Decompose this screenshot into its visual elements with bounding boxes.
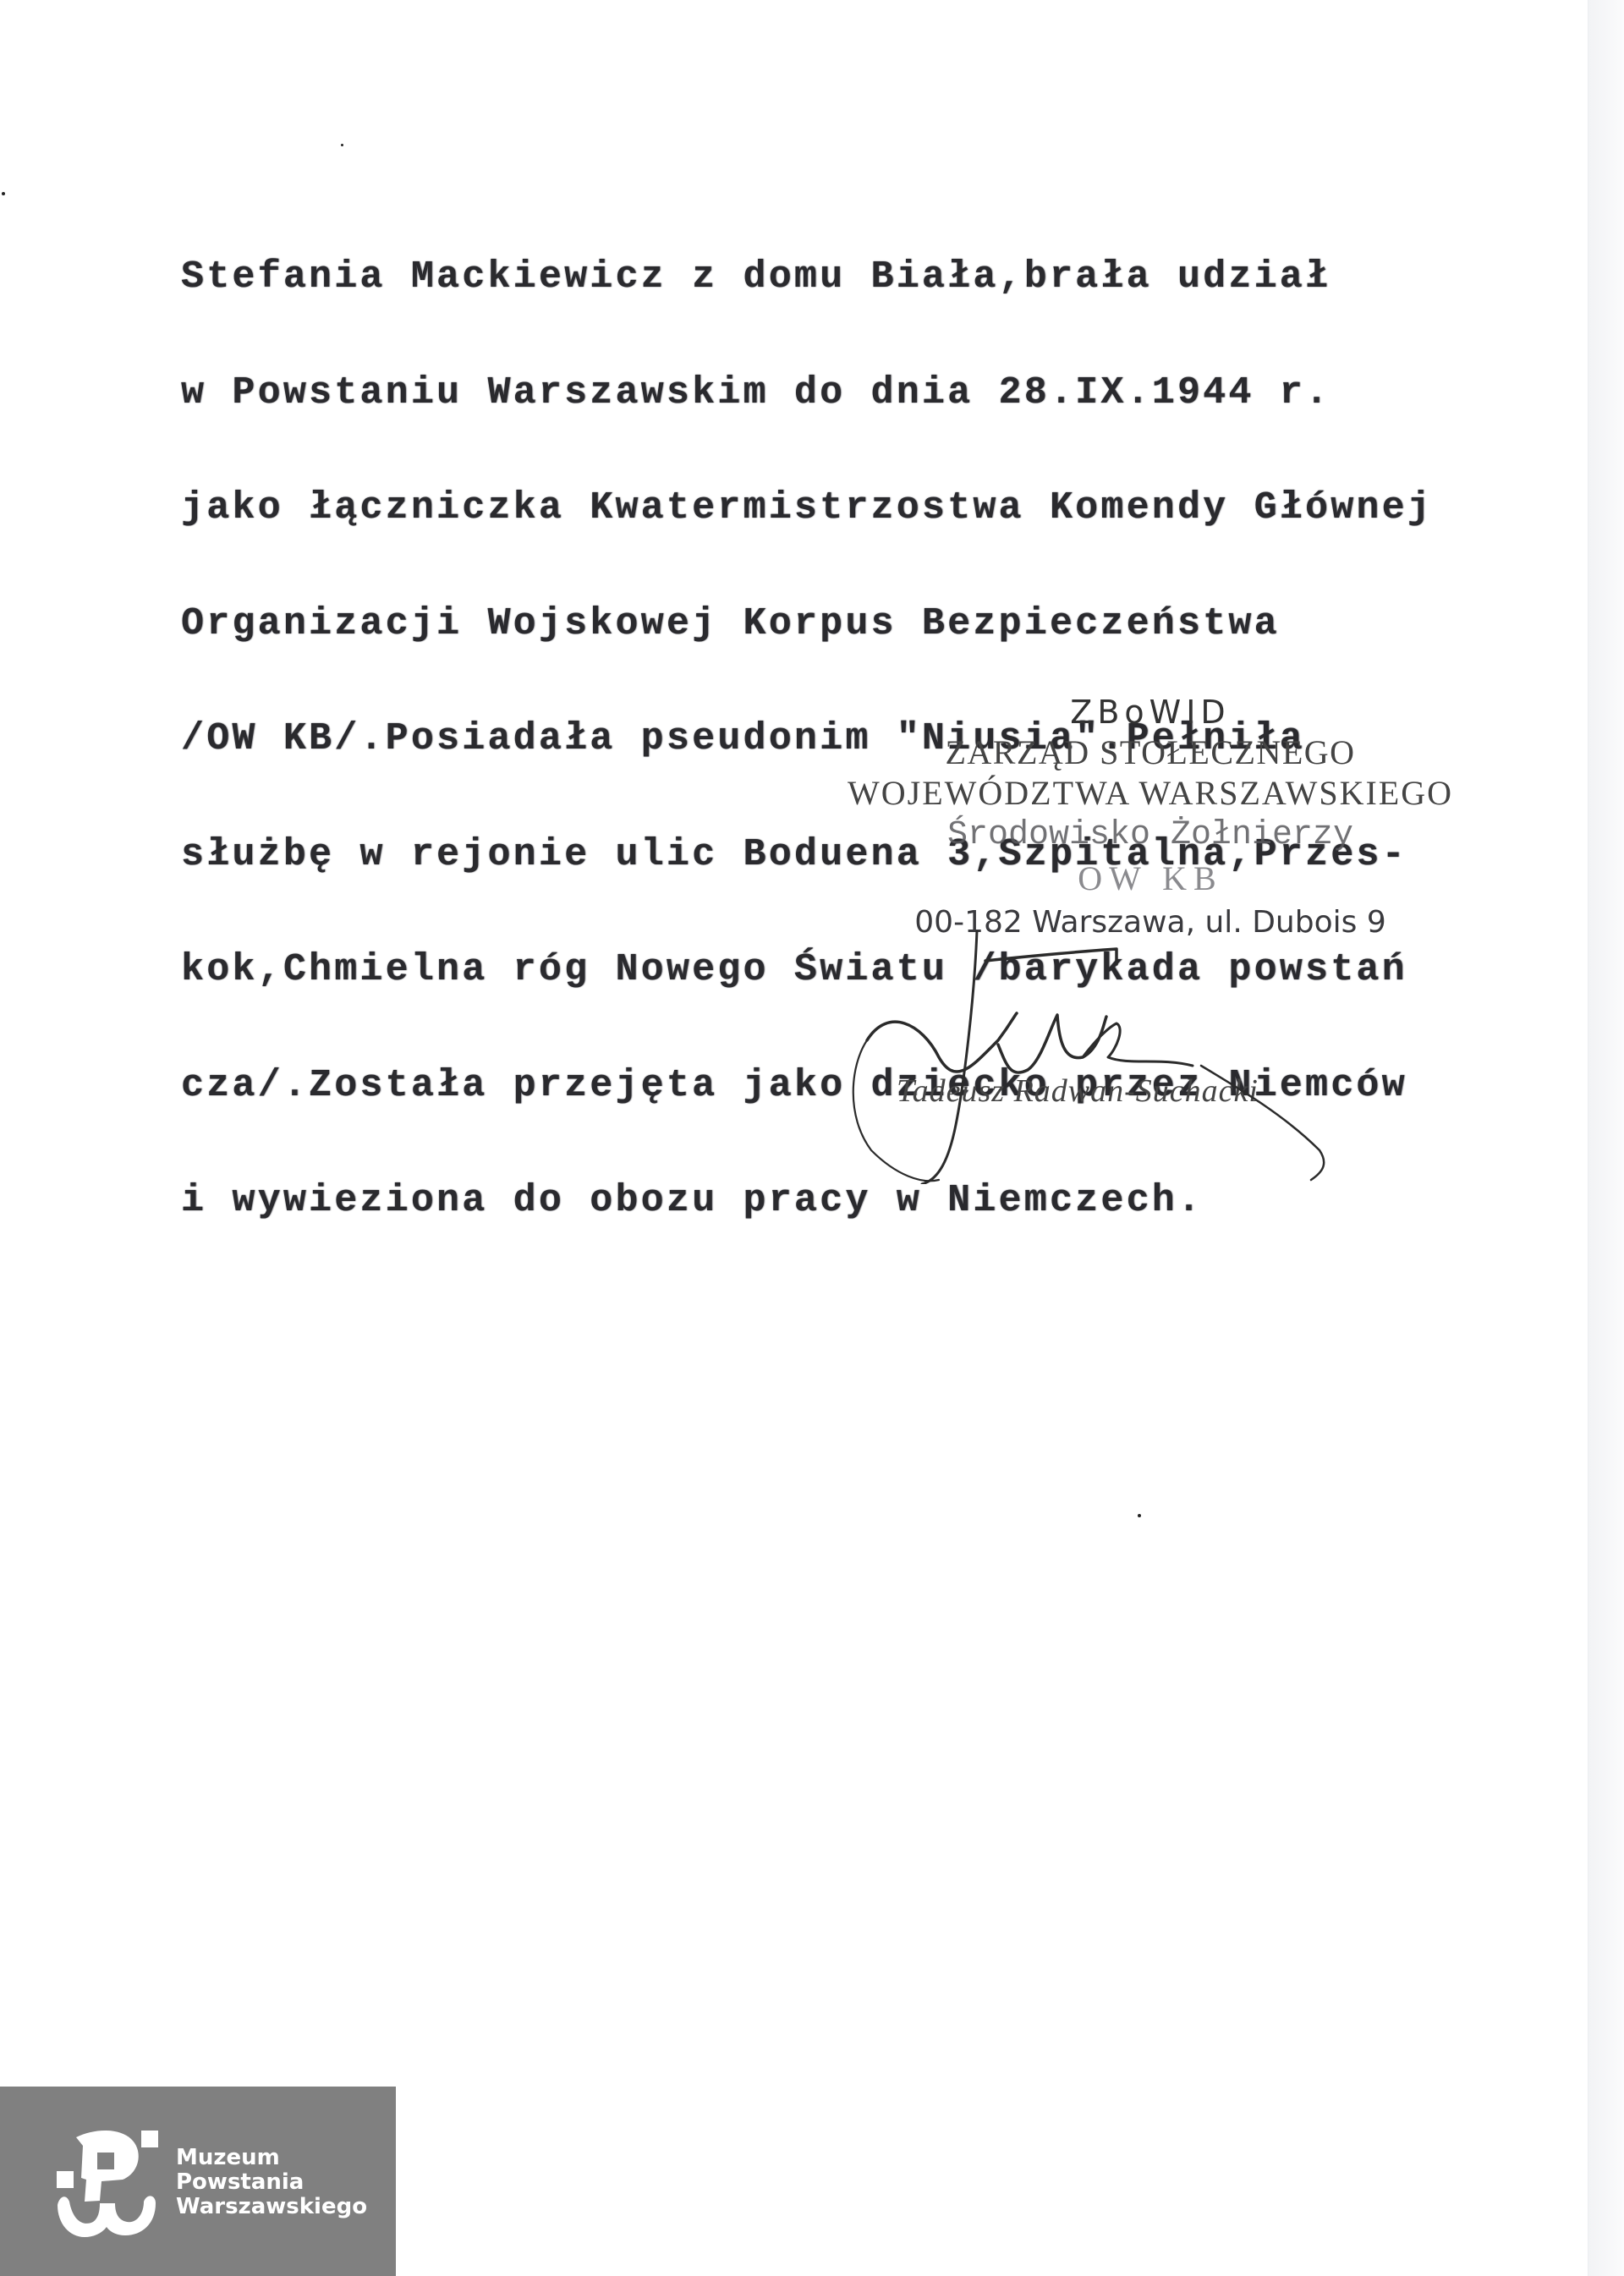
scan-speck xyxy=(341,144,343,146)
stamp-board: ZARZĄD STOŁECZNEGO xyxy=(795,732,1506,773)
stamp-environment: Środowisko Żołnierzy xyxy=(795,814,1506,858)
page-edge-shadow xyxy=(1588,0,1624,2276)
statement-line: i wywieziona do obozu pracy w Niemczech. xyxy=(181,1182,1568,1220)
stamp-organization: ZBoWID xyxy=(795,692,1506,732)
anchor-emblem-icon xyxy=(51,2120,161,2239)
scan-speck xyxy=(1138,1514,1141,1517)
museum-name-line: Powstania xyxy=(176,2170,367,2195)
museum-logo: Muzeum Powstania Warszawskiego xyxy=(0,2087,396,2276)
museum-name: Muzeum Powstania Warszawskiego xyxy=(176,2146,367,2219)
statement-line: jako łączniczka Kwatermistrzostwa Komend… xyxy=(181,489,1568,528)
official-stamp: ZBoWID ZARZĄD STOŁECZNEGO WOJEWÓDZTWA WA… xyxy=(795,692,1506,946)
museum-name-line: Muzeum xyxy=(176,2146,367,2170)
scan-speck xyxy=(2,192,5,195)
handwritten-signature-icon xyxy=(837,930,1446,1184)
scanned-document-page: Stefania Mackiewicz z domu Biała,brała u… xyxy=(0,0,1624,2276)
statement-line: w Powstaniu Warszawskim do dnia 28.IX.19… xyxy=(181,374,1568,413)
signature-block: Tadeusz Radwan-Suchacki xyxy=(837,930,1446,1184)
stamp-voivodeship: WOJEWÓDZTWA WARSZAWSKIEGO xyxy=(795,773,1506,814)
museum-name-line: Warszawskiego xyxy=(176,2195,367,2219)
stamp-unit: OW KB xyxy=(795,858,1506,900)
statement-line: Stefania Mackiewicz z domu Biała,brała u… xyxy=(181,258,1568,297)
statement-line: Organizacji Wojskowej Korpus Bezpieczeńs… xyxy=(181,605,1568,644)
